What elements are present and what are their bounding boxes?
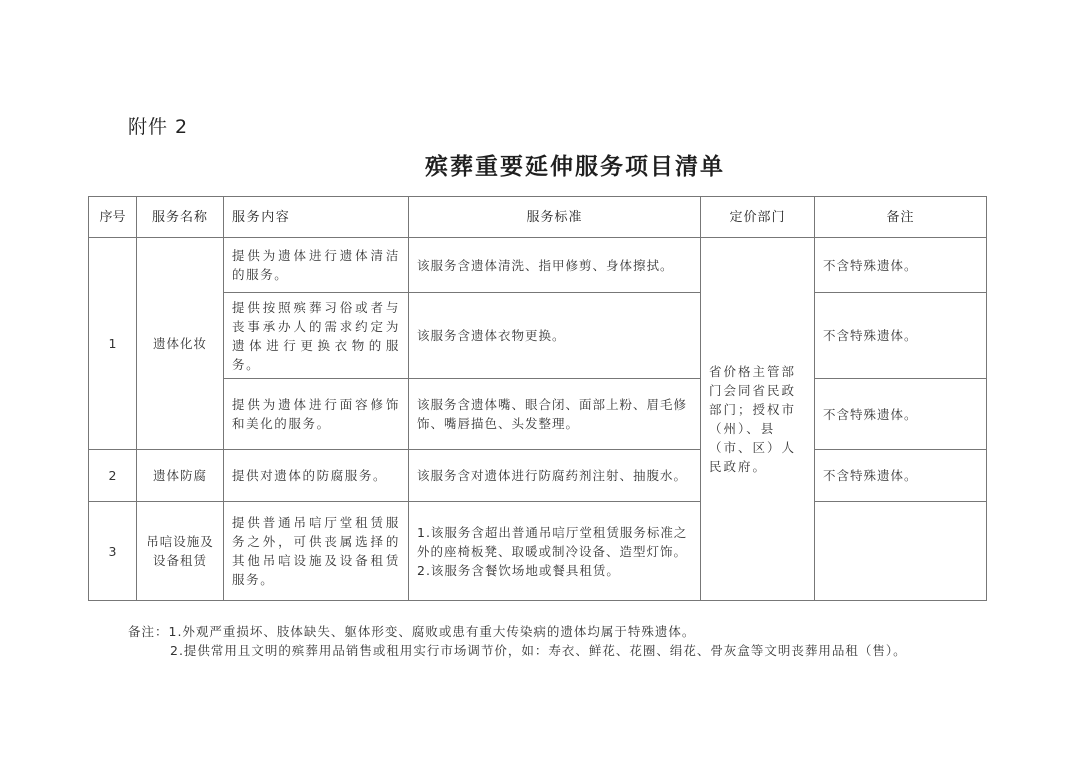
table-row: 1 遗体化妆 提供为遗体进行遗体清洁的服务。 该服务含遗体清洗、指甲修剪、身体擦… [89, 238, 987, 293]
header-service-content: 服务内容 [224, 197, 409, 238]
row-no: 2 [89, 450, 137, 502]
document-title: 殡葬重要延伸服务项目清单 [0, 148, 1080, 181]
header-service-name: 服务名称 [137, 197, 224, 238]
row-content: 提供按照殡葬习俗或者与丧事承办人的需求约定为遗体进行更换衣物的服务。 [224, 293, 409, 379]
table-row: 2 遗体防腐 提供对遗体的防腐服务。 该服务含对遗体进行防腐药剂注射、抽腹水。 … [89, 450, 987, 502]
service-list-table: 序号 服务名称 服务内容 服务标准 定价部门 备注 1 遗体化妆 提供为遗体进行… [88, 196, 987, 601]
row-remark: 不含特殊遗体。 [815, 238, 987, 293]
row-content: 提供普通吊唁厅堂租赁服务之外，可供丧属选择的其他吊唁设施及设备租赁服务。 [224, 502, 409, 601]
row-content: 提供为遗体进行遗体清洁的服务。 [224, 238, 409, 293]
row-standard: 该服务含对遗体进行防腐药剂注射、抽腹水。 [409, 450, 701, 502]
row-content: 提供对遗体的防腐服务。 [224, 450, 409, 502]
attachment-label: 附件 2 [128, 112, 188, 139]
table-row: 3 吊唁设施及设备租赁 提供普通吊唁厅堂租赁服务之外，可供丧属选择的其他吊唁设施… [89, 502, 987, 601]
table-row: 提供为遗体进行面容修饰和美化的服务。 该服务含遗体嘴、眼合闭、面部上粉、眉毛修饰… [89, 379, 987, 450]
footnote-2: 2.提供常用且文明的殡葬用品销售或租用实行市场调节价，如：寿衣、鲜花、花圈、绢花… [128, 641, 907, 660]
row-standard: 该服务含遗体衣物更换。 [409, 293, 701, 379]
table-header-row: 序号 服务名称 服务内容 服务标准 定价部门 备注 [89, 197, 987, 238]
header-remark: 备注 [815, 197, 987, 238]
standard-line-1: 1.该服务含超出普通吊唁厅堂租赁服务标准之外的座椅板凳、取暖或制冷设备、造型灯饰… [417, 523, 692, 561]
row-remark: 不含特殊遗体。 [815, 379, 987, 450]
table-row: 提供按照殡葬习俗或者与丧事承办人的需求约定为遗体进行更换衣物的服务。 该服务含遗… [89, 293, 987, 379]
row-service-name: 遗体化妆 [137, 238, 224, 450]
row-standard: 该服务含遗体嘴、眼合闭、面部上粉、眉毛修饰、嘴唇描色、头发整理。 [409, 379, 701, 450]
header-pricing-dept: 定价部门 [701, 197, 815, 238]
row-content: 提供为遗体进行面容修饰和美化的服务。 [224, 379, 409, 450]
footnote-1: 备注：1.外观严重损坏、肢体缺失、躯体形变、腐败或患有重大传染病的遗体均属于特殊… [128, 622, 907, 641]
row-remark: 不含特殊遗体。 [815, 450, 987, 502]
row-service-name: 吊唁设施及设备租赁 [137, 502, 224, 601]
row-remark: 不含特殊遗体。 [815, 293, 987, 379]
row-standard: 1.该服务含超出普通吊唁厅堂租赁服务标准之外的座椅板凳、取暖或制冷设备、造型灯饰… [409, 502, 701, 601]
footnotes: 备注：1.外观严重损坏、肢体缺失、躯体形变、腐败或患有重大传染病的遗体均属于特殊… [128, 622, 907, 660]
row-service-name: 遗体防腐 [137, 450, 224, 502]
header-service-standard: 服务标准 [409, 197, 701, 238]
standard-line-2: 2.该服务含餐饮场地或餐具租赁。 [417, 561, 692, 580]
row-standard: 该服务含遗体清洗、指甲修剪、身体擦拭。 [409, 238, 701, 293]
row-remark [815, 502, 987, 601]
row-no: 1 [89, 238, 137, 450]
pricing-dept-cell: 省价格主管部门会同省民政部门；授权市（州）、县（市、区）人民政府。 [701, 238, 815, 601]
header-no: 序号 [89, 197, 137, 238]
row-no: 3 [89, 502, 137, 601]
